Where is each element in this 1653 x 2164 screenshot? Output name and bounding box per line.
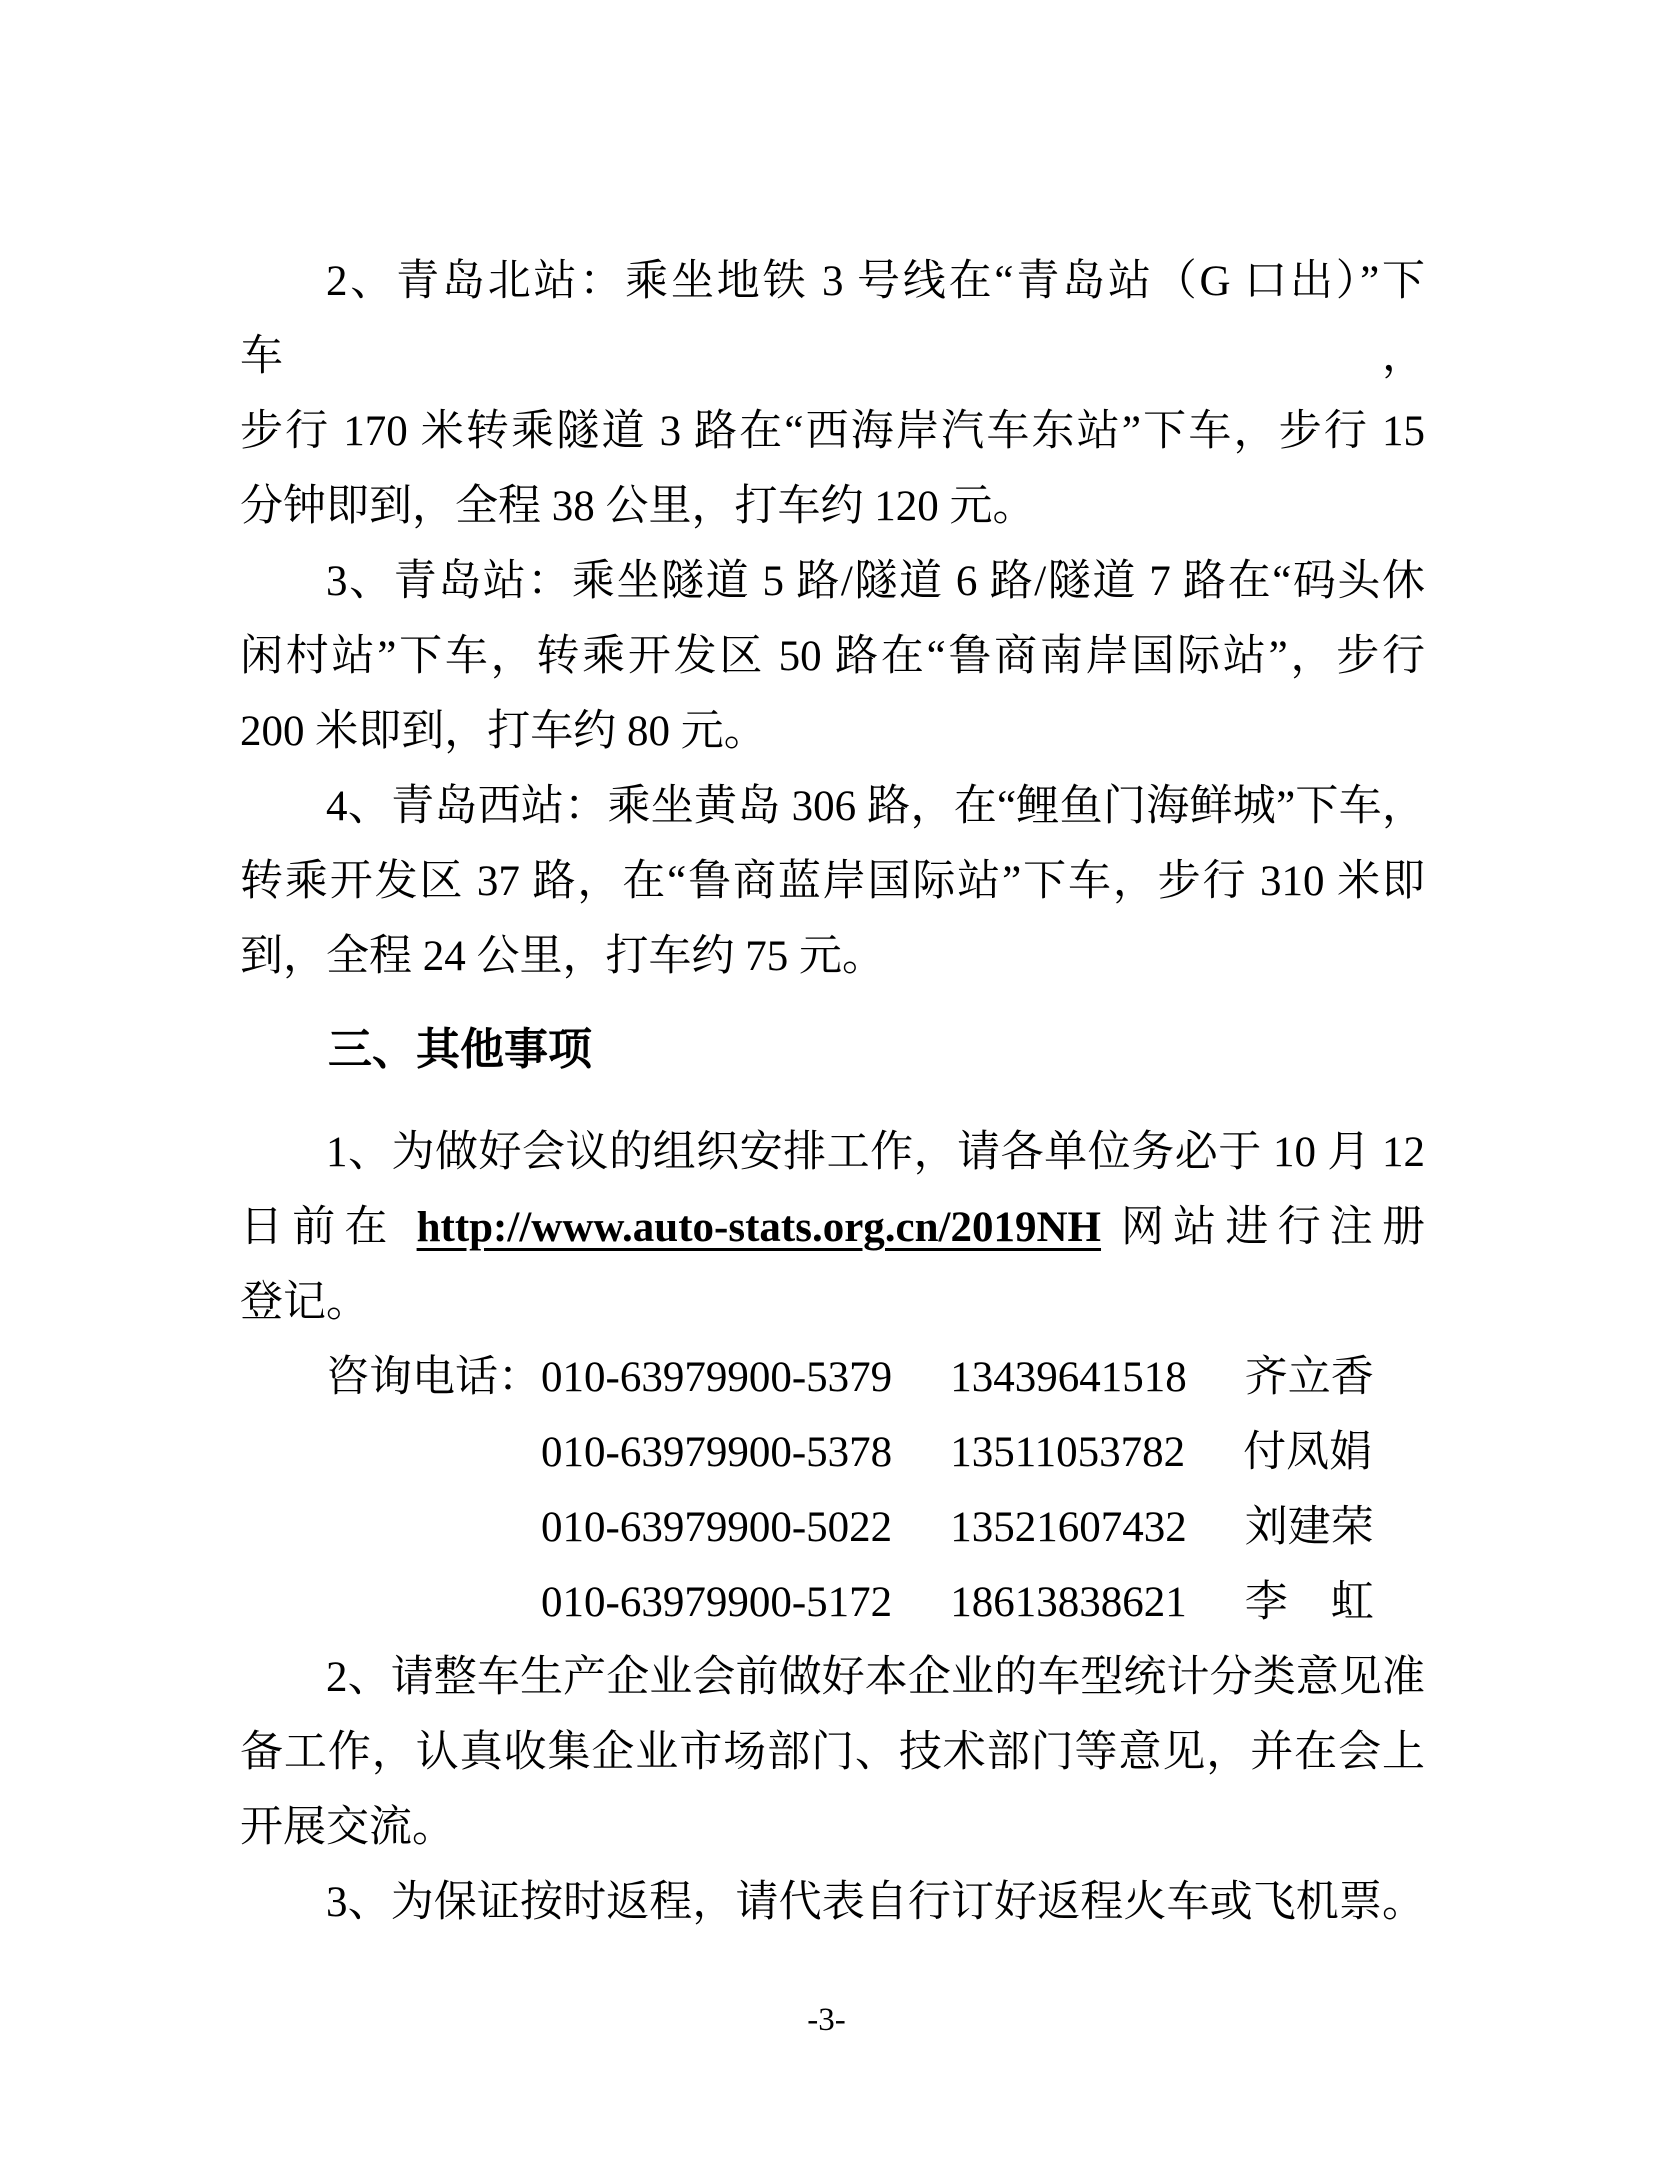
- prep-line-2: 备工作，认真收集企业市场部门、技术部门等意见，并在会上: [240, 1715, 1425, 1790]
- route-north-line-2: 步行 170 米转乘隧道 3 路在“西海岸汽车东站”下车，步行 15: [240, 394, 1425, 469]
- registration-url[interactable]: http://www.auto-stats.org.cn/2019NH: [417, 1204, 1101, 1251]
- registration-line-1: 1、为做好会议的组织安排工作，请各单位务必于 10 月 12: [240, 1115, 1425, 1190]
- registration-line-2-prefix: 日前在: [240, 1204, 417, 1251]
- registration-line-2: 日前在 http://www.auto-stats.org.cn/2019NH …: [240, 1190, 1425, 1265]
- contact-extension: 010-63979900-5022: [541, 1504, 892, 1551]
- route-west-line-2: 转乘开发区 37 路，在“鲁商蓝岸国际站”下车，步行 310 米即: [240, 844, 1425, 919]
- contact-name: 付凤娟: [1243, 1429, 1372, 1476]
- prep-line-3: 开展交流。: [240, 1790, 1425, 1865]
- contact-mobile: 18613838621: [950, 1579, 1187, 1626]
- route-north-line-3: 分钟即到，全程 38 公里，打车约 120 元。: [240, 469, 1425, 544]
- prep-line-1: 2、请整车生产企业会前做好本企业的车型统计分类意见准: [240, 1640, 1425, 1715]
- route-north-line-1: 2、青岛北站：乘坐地铁 3 号线在“青岛站（G 口出）”下车，: [240, 244, 1425, 394]
- contact-mobile: 13521607432: [950, 1504, 1187, 1551]
- route-qingdao-line-1: 3、青岛站：乘坐隧道 5 路/隧道 6 路/隧道 7 路在“码头休: [240, 544, 1425, 619]
- route-west-line-3: 到，全程 24 公里，打车约 75 元。: [240, 919, 1425, 994]
- registration-line-3: 登记。: [240, 1265, 1425, 1340]
- route-qingdao-line-2: 闲村站”下车，转乘开发区 50 路在“鲁商南岸国际站”，步行: [240, 619, 1425, 694]
- contact-name: 刘建荣: [1245, 1504, 1374, 1551]
- return-trip-line: 3、为保证按时返程，请代表自行订好返程火车或飞机票。: [240, 1865, 1425, 1940]
- contact-row-2: 010-63979900-537813511053782付凤娟: [240, 1415, 1425, 1490]
- page-number: -3-: [0, 2000, 1653, 2040]
- route-qingdao-line-3: 200 米即到，打车约 80 元。: [240, 694, 1425, 769]
- contact-mobile: 13439641518: [950, 1354, 1187, 1401]
- contact-row-3: 010-63979900-502213521607432刘建荣: [240, 1490, 1425, 1565]
- contact-extension: 010-63979900-5378: [541, 1429, 892, 1476]
- contact-extension: 010-63979900-5379: [541, 1354, 892, 1401]
- document-page: 2、青岛北站：乘坐地铁 3 号线在“青岛站（G 口出）”下车， 步行 170 米…: [0, 0, 1653, 2164]
- contact-extension: 010-63979900-5172: [541, 1579, 892, 1626]
- section-heading-other-matters: 三、其他事项: [240, 1012, 1425, 1087]
- contact-name: 李 虹: [1245, 1579, 1374, 1626]
- contact-mobile: 13511053782: [950, 1429, 1185, 1476]
- document-body: 2、青岛北站：乘坐地铁 3 号线在“青岛站（G 口出）”下车， 步行 170 米…: [240, 244, 1425, 1940]
- contact-name: 齐立香: [1245, 1354, 1374, 1401]
- contact-row-4: 010-63979900-517218613838621李 虹: [240, 1565, 1425, 1640]
- route-west-line-1: 4、青岛西站：乘坐黄岛 306 路，在“鲤鱼门海鲜城”下车，: [240, 769, 1425, 844]
- contact-phone-label: 咨询电话：: [326, 1354, 541, 1401]
- contact-row-1: 咨询电话：010-63979900-537913439641518齐立香: [240, 1340, 1425, 1415]
- registration-line-2-suffix: 网站进行注册: [1101, 1204, 1425, 1251]
